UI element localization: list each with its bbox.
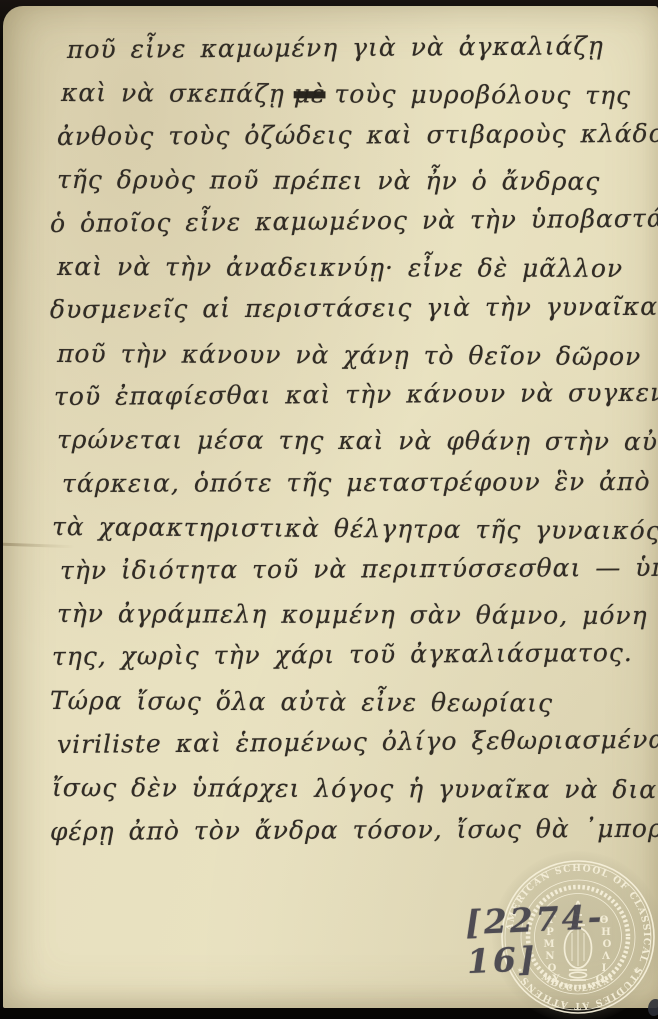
text-line: τῆς δρυὸς ποῦ πρέπει νὰ ἦν ὁ ἄνδρας	[57, 165, 600, 196]
svg-text:Ο: Ο	[596, 974, 605, 985]
text-line: τὰ χαρακτηριστικὰ θέλγητρα τῆς γυναικός	[52, 512, 658, 545]
text-line: της, χωρὶς τὴν χάρι τοῦ ἀγκαλιάσματος.	[52, 638, 633, 671]
text-line: Τώρα ἴσως ὅλα αὐτὰ εἶνε θεωρίαις	[50, 686, 553, 718]
text-line: viriliste καὶ ἑπομένως ὀλίγο ξεθωριασμέν…	[57, 724, 658, 759]
text-line: τὴν ἀγράμπελη κομμένη σὰν θάμνο, μόνη	[57, 599, 648, 630]
text-line: καὶ νὰ τὴν ἀναδεικνύῃ· εἶνε δὲ μᾶλλον	[57, 252, 623, 283]
text-line: φέρῃ ἀπὸ τὸν ἄνδρα τόσον, ἴσως θὰ ᾽μπορῇ…	[50, 814, 658, 846]
text-line: ἀνθοὺς τοὺς ὀζώδεις καὶ στιβαροὺς κλάδου…	[57, 119, 658, 151]
text-line: τρώνεται μέσα της καὶ νὰ φθάνῃ στὴν αὐ-	[57, 425, 658, 456]
text-line: τὴν ἰδιότητα τοῦ νὰ περιπτύσσεσθαι — ὑπό…	[60, 552, 658, 585]
text-line: καὶ νὰ σκεπάζῃμὲτοὺς μυροβόλους της	[61, 78, 631, 110]
struck-word: μὲ	[294, 79, 326, 108]
text-line: τοῦ ἐπαφίεσθαι καὶ τὴν κάνουν νὰ συγκεν-	[54, 378, 658, 411]
text-line: ἴσως δὲν ὑπάρχει λόγος ἡ γυναῖκα νὰ δια-	[52, 773, 658, 804]
paper-crease	[3, 543, 75, 549]
text-line: δυσμενεῖς αἱ περιστάσεις γιὰ τὴν γυναῖκα	[50, 292, 658, 324]
text-line: ὁ ὁποῖος εἶνε καμωμένος νὰ τὴν ὑποβαστάζ…	[50, 203, 658, 238]
text-line: ποῦ εἶνε καμωμένη γιὰ νὰ ἀγκαλιάζῃ	[67, 31, 604, 64]
text-line: τάρκεια, ὁπότε τῆς μεταστρέφουν ἓν ἀπὸ	[62, 467, 651, 498]
text-line: ποῦ τὴν κάνουν νὰ χάνῃ τὸ θεῖον δῶρον	[57, 339, 641, 371]
manuscript-paper: ποῦ εἶνε καμωμένη γιὰ νὰ ἀγκαλιάζῃ καὶ ν…	[3, 6, 658, 1008]
scan-background: { "manuscript": { "lines": [ "ποῦ εἶνε κ…	[0, 0, 658, 1019]
catalogue-number: [2274-16]	[464, 895, 658, 981]
ink-smudge	[648, 999, 658, 1016]
